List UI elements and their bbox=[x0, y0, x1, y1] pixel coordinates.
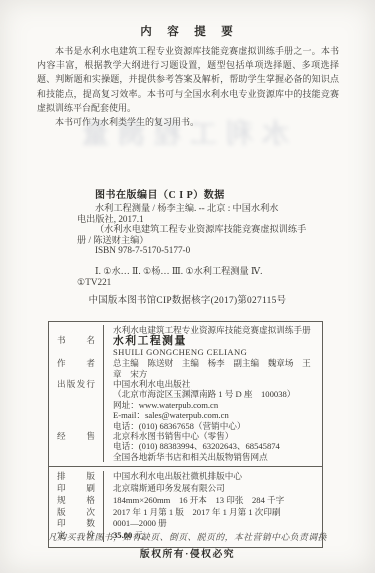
edition-text: 2017 年 1 月第 1 版 2017 年 1 月第 1 次印刷 bbox=[104, 507, 322, 519]
colophon-group-top: 书名 水利水电建筑工程专业资源库技能竞赛虚拟训练手册 水利工程测量 SHUILI… bbox=[49, 322, 322, 467]
row-label-printing: 印刷 bbox=[49, 483, 104, 495]
summary-paragraph-2: 本书可作为水利类学生的复习用书。 bbox=[37, 115, 339, 129]
format-text: 184mm×260mm 16 开本 13 印张 284 千字 bbox=[104, 495, 322, 507]
row-typesetting: 排版 中国水利水电出版社微机排版中心 bbox=[49, 471, 322, 483]
summary-block: 本书是水利水电建筑工程专业资源库技能竞赛虚拟训练手册之一。本书内容丰富，根据教学… bbox=[37, 44, 339, 129]
copyright-page: 内 容 提 要 本书是水利水电建筑工程专业资源库技能竞赛虚拟训练手册之一。本书内… bbox=[0, 0, 375, 573]
cip-classification-line-2: ①TV221 bbox=[77, 277, 339, 288]
print-run-text: 0001—2000 册 bbox=[104, 518, 322, 530]
colophon-table: 书名 水利水电建筑工程专业资源库技能竞赛虚拟训练手册 水利工程测量 SHUILI… bbox=[48, 321, 323, 548]
publisher-email: E-mail：sales@waterpub.com.cn bbox=[113, 410, 318, 420]
cip-line: （水利水电建筑工程专业资源库技能竞赛虚拟训练手 bbox=[77, 224, 339, 235]
publisher-phone: 电话：(010) 68367658（营销中心） bbox=[113, 421, 318, 431]
row-label-publisher: 出版发行 bbox=[49, 379, 104, 431]
typesetting-text: 中国水利水电出版社微机排版中心 bbox=[104, 471, 322, 483]
row-edition: 版次 2017 年 1 月第 1 版 2017 年 1 月第 1 次印刷 bbox=[49, 507, 322, 519]
distribution-center: 北京科水图书销售中心（零售） bbox=[113, 431, 318, 441]
cip-block: 水利工程测量 / 杨李主编. -- 北京 : 中国水利水 电出版社, 2017.… bbox=[77, 203, 339, 287]
row-printing: 印刷 北京瑞斯通印务发展有限公司 bbox=[49, 483, 322, 495]
authors-text: 总主编 陈送财 主编 杨李 副主编 魏章场 王章 宋方 bbox=[104, 358, 322, 379]
cip-line: 水利工程测量 / 杨李主编. -- 北京 : 中国水利水 bbox=[77, 203, 339, 214]
cip-line: 电出版社, 2017.1 bbox=[77, 214, 339, 225]
publisher-website: 网址：www.waterpub.com.cn bbox=[113, 400, 318, 410]
row-format: 规格 184mm×260mm 16 开本 13 印张 284 千字 bbox=[49, 495, 322, 507]
summary-paragraph-1: 本书是水利水电建筑工程专业资源库技能竞赛虚拟训练手册之一。本书内容丰富，根据教学… bbox=[37, 44, 339, 115]
row-label-authors: 作者 bbox=[49, 358, 104, 379]
book-title: 水利工程测量 bbox=[113, 335, 318, 347]
cip-isbn: ISBN 978-7-5170-5177-0 bbox=[77, 245, 339, 256]
distribution-note: 全国各地新华书店和相关出版物销售网点 bbox=[113, 452, 318, 462]
publisher-address: （北京市海淀区玉渊潭南路 1 号 D 座 100038） bbox=[113, 389, 318, 399]
row-publisher: 出版发行 中国水利水电出版社 （北京市海淀区玉渊潭南路 1 号 D 座 1000… bbox=[49, 379, 322, 431]
exchange-notice: 凡购买我社图书，如有缺页、倒页、脱页的，本社营销中心负责调换 bbox=[0, 530, 375, 543]
cip-line: 册 / 陈送财主编） bbox=[77, 235, 339, 246]
copyright-notice: 版权所有·侵权必究 bbox=[0, 546, 375, 560]
cip-classification-line-1: Ⅰ. ①水… Ⅱ. ①杨… Ⅲ. ①水利工程测量 Ⅳ. bbox=[77, 266, 339, 277]
publisher-name: 中国水利水电出版社 bbox=[113, 379, 318, 389]
row-label-book-name: 书名 bbox=[49, 325, 104, 358]
book-title-pinyin: SHUILI GONGCHENG CELIANG bbox=[113, 347, 318, 358]
row-book-name: 书名 水利水电建筑工程专业资源库技能竞赛虚拟训练手册 水利工程测量 SHUILI… bbox=[49, 325, 322, 358]
book-series-title: 水利水电建筑工程专业资源库技能竞赛虚拟训练手册 bbox=[113, 325, 318, 335]
summary-title: 内 容 提 要 bbox=[0, 23, 375, 39]
row-print-run: 印数 0001—2000 册 bbox=[49, 518, 322, 530]
row-authors: 作者 总主编 陈送财 主编 杨李 副主编 魏章场 王章 宋方 bbox=[49, 358, 322, 379]
cip-record-number: 中国版本图书馆CIP数据核字(2017)第027115号 bbox=[0, 292, 375, 306]
row-label-edition: 版次 bbox=[49, 507, 104, 519]
row-distribution: 经售 北京科水图书销售中心（零售） 电话：(010) 88383994、6320… bbox=[49, 431, 322, 462]
row-label-typesetting: 排版 bbox=[49, 471, 104, 483]
printing-text: 北京瑞斯通印务发展有限公司 bbox=[104, 483, 322, 495]
row-label-print-run: 印数 bbox=[49, 518, 104, 530]
cip-heading: 图书在版编目（C I P）数据 bbox=[95, 186, 225, 201]
distribution-phones: 电话：(010) 88383994、63202643、68545874 bbox=[113, 441, 318, 451]
row-label-distribution: 经售 bbox=[49, 431, 104, 462]
row-label-format: 规格 bbox=[49, 495, 104, 507]
